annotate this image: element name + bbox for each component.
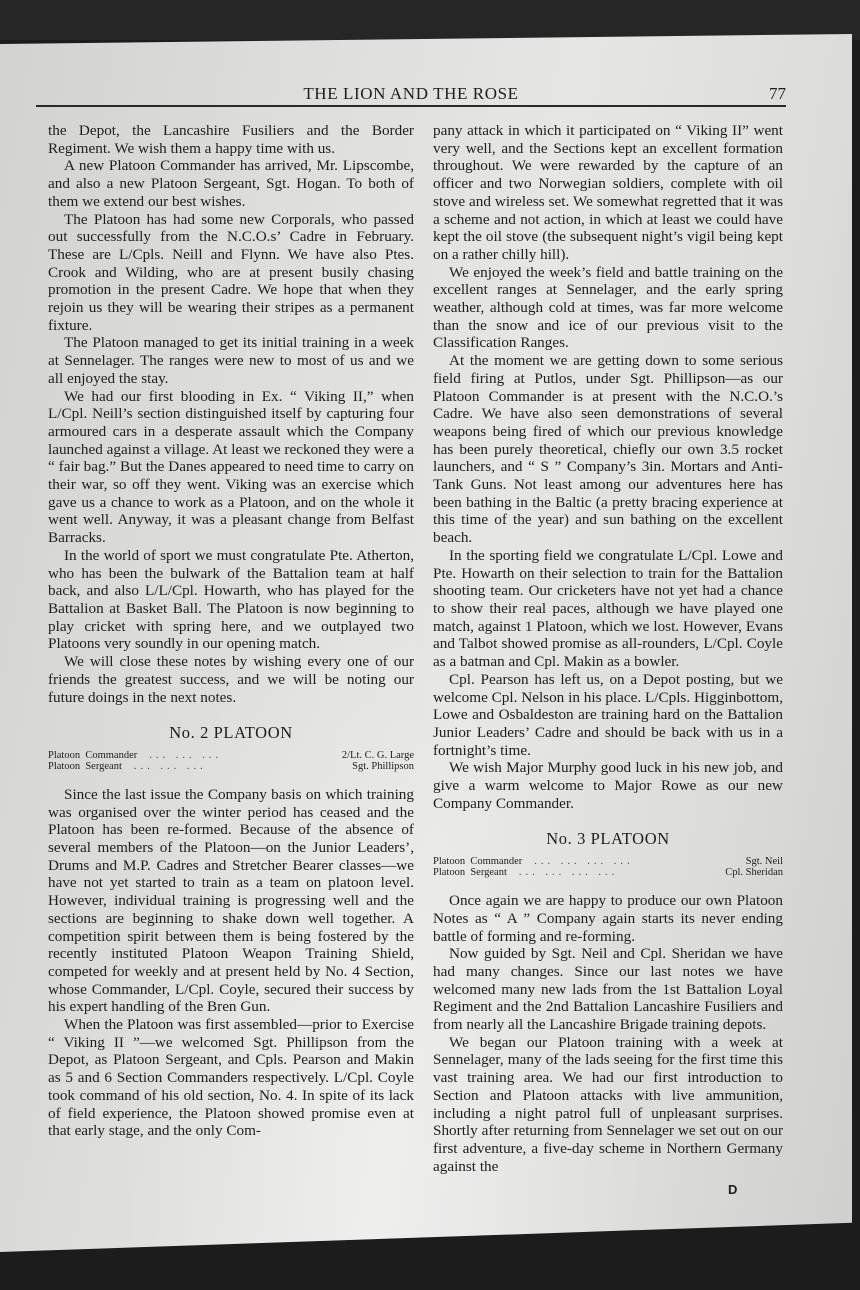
paragraph: Since the last issue the Company basis o… (48, 786, 414, 1016)
paragraph: We wish Major Murphy good luck in his ne… (433, 759, 783, 812)
section-title-no2-platoon: No. 2 PLATOON (48, 724, 414, 742)
paragraph: The Platoon managed to get its initial t… (48, 334, 414, 387)
roster-name: Cpl. Sheridan (725, 867, 783, 878)
section-title-no3-platoon: No. 3 PLATOON (433, 830, 783, 848)
magazine-page: THE LION AND THE ROSE 77 the Depot, the … (0, 34, 852, 1252)
roster-name: Sgt. Neil (746, 856, 783, 867)
roster-row: Platoon Sergeant ... ... ... Sgt. Philli… (48, 761, 414, 772)
signature-mark: D (728, 1182, 737, 1197)
roster-leader-dots: ... ... ... (137, 750, 342, 761)
header-rule (36, 105, 786, 107)
page-number: 77 (769, 84, 786, 104)
platoon-roster: Platoon Commander ... ... ... ... Sgt. N… (433, 856, 783, 878)
roster-role: Platoon Commander (433, 856, 522, 867)
left-column: the Depot, the Lancashire Fusiliers and … (48, 122, 414, 1140)
running-title: THE LION AND THE ROSE (36, 84, 786, 104)
roster-row: Platoon Commander ... ... ... ... Sgt. N… (433, 856, 783, 867)
paragraph: Now guided by Sgt. Neil and Cpl. Sherida… (433, 945, 783, 1034)
paragraph: At the moment we are getting down to som… (433, 352, 783, 547)
paragraph: A new Platoon Commander has arrived, Mr.… (48, 157, 414, 210)
roster-leader-dots: ... ... ... ... (507, 867, 725, 878)
roster-leader-dots: ... ... ... ... (522, 856, 745, 867)
roster-role: Platoon Sergeant (48, 761, 122, 772)
paragraph: the Depot, the Lancashire Fusiliers and … (48, 122, 414, 157)
paragraph: The Platoon has had some new Corporals, … (48, 211, 414, 335)
paragraph: We had our first blooding in Ex. “ Vikin… (48, 388, 414, 547)
running-head: THE LION AND THE ROSE 77 (36, 84, 786, 104)
paragraph: We will close these notes by wishing eve… (48, 653, 414, 706)
roster-role: Platoon Sergeant (433, 867, 507, 878)
paragraph: We began our Platoon training with a wee… (433, 1034, 783, 1176)
paragraph: We enjoyed the week’s field and battle t… (433, 264, 783, 353)
paragraph: In the world of sport we must congratula… (48, 547, 414, 653)
roster-row: Platoon Commander ... ... ... 2/Lt. C. G… (48, 750, 414, 761)
paragraph: In the sporting field we congratulate L/… (433, 547, 783, 671)
photo-backdrop (0, 0, 860, 40)
paragraph: pany attack in which it participated on … (433, 122, 783, 264)
paragraph: Cpl. Pearson has left us, on a Depot pos… (433, 671, 783, 760)
roster-name: 2/Lt. C. G. Large (342, 750, 414, 761)
roster-name: Sgt. Phillipson (352, 761, 414, 772)
right-column: pany attack in which it participated on … (433, 122, 783, 1175)
roster-row: Platoon Sergeant ... ... ... ... Cpl. Sh… (433, 867, 783, 878)
roster-role: Platoon Commander (48, 750, 137, 761)
paragraph: When the Platoon was first assembled—pri… (48, 1016, 414, 1140)
platoon-roster: Platoon Commander ... ... ... 2/Lt. C. G… (48, 750, 414, 772)
paragraph: Once again we are happy to produce our o… (433, 892, 783, 945)
roster-leader-dots: ... ... ... (122, 761, 352, 772)
